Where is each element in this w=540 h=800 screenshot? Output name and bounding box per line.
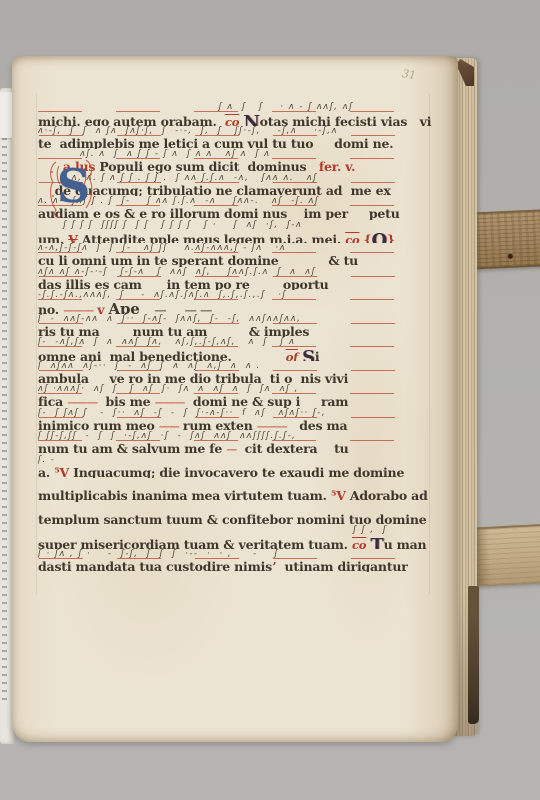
text-segment: i <box>315 349 320 361</box>
text-segment: u man <box>384 537 427 549</box>
text-segment: omne ani mal benedictione. <box>38 349 286 361</box>
text-row: cu li omni um in te sperant domine & tu <box>38 253 436 267</box>
manuscript-photo: { "scene": { "background_color": "#b1b0a… <box>0 0 540 800</box>
neume-row: -ʃ.ʃ.-ʃʌ.,ʌʌʌʃ, ʃ - ʌʃ.ʌʃ.ʃʌʃ.ʌ ʃ,.ʃ,.ʃ.… <box>38 290 436 300</box>
text-row: multiplicabis inanima mea virtutem tuam.… <box>38 488 436 502</box>
text-row: ambula ve ro in me dio tribula ti o nis … <box>38 371 436 385</box>
text-row: inimico rum meo —— rum exten ——— des ma <box>38 418 436 432</box>
text-row: a. ⁵V Inquacumq; die invocavero te exaud… <box>38 465 436 479</box>
text-segment: ris tu ma num tu am & imples <box>38 324 309 338</box>
text-row: num tu am & salvum me fe — cit dextera t… <box>38 441 436 455</box>
text-segment: utinam dirigantur <box>276 559 407 573</box>
ruling-line-left <box>36 94 37 594</box>
text-segment: super misericordiam tuam & veritatem tua… <box>38 537 352 549</box>
text-segment: ⁵V <box>54 465 69 479</box>
chant-line: ʃ ʃʃ-ʃ,ʃʃ - ʃ ʃ ·-ʃ,ʌʃ ·ʃ - ʃʌʃ ʌʌʃ ʌʌʃʃ… <box>38 431 436 455</box>
text-segment: Attendite pple meus legem m.i.a. mei. <box>78 232 345 244</box>
binding-strap-upper <box>469 209 540 269</box>
text-segment: ——— <box>67 396 97 408</box>
text-row: dasti mandata tua custodire nimisʼ utina… <box>38 559 436 573</box>
chant-line: ʃ ʃ , ʃsuper misericordiam tuam & verita… <box>38 525 436 549</box>
text-row: das illis es cam in tem po re oportu <box>38 277 436 291</box>
neume-row: ʃ ʃ , ʃ <box>38 525 436 535</box>
folio-number: 31 <box>401 67 417 82</box>
text-segment: ——— <box>155 396 185 408</box>
chant-line: ʃ ʌ ʃ ʃ · ʌ - ʃ ʌʌʃ, ʌʃmichi. ego autem … <box>38 102 436 126</box>
inline-initial: T <box>370 535 383 549</box>
neume-row: ʃ- ʃ ʃʌʃ ʃ - ʃ·· ʌʃ -ʃ - ʃ ʃ·-ʌ-ʃ·· ſ ʌʃ… <box>38 408 436 418</box>
chant-line: templum sanctum tuum & confitebor nomini… <box>38 502 436 526</box>
neume-row: ʃ ʃ ʃ ʃ ʃʃʃʃ ʃ ʃ ʃ ʃ ʃ ʃ ʃ ʃ · ʃ ʌʃ ·ʃ, … <box>38 220 436 230</box>
text-segment: te adimplebis me letici a cum vul tu tuo… <box>38 136 393 150</box>
chant-line: ʃ · ʃʌ , ʃ · - ʃ-ʃ, ʃ ʃ ʃ ·-- · · , - ʃd… <box>38 549 436 573</box>
chant-line: ʌ·-ʃ, ʃ ʃ ʌ ʃʌ ʃʌʃ·ʃ, ʃ -·-, ʃ, ʃ ʃʃ·-ʃ,… <box>38 126 436 150</box>
chant-line: ʃ - ʌʌʃ-ʌʌ ʌ ʃ·· ʃ-ʌʃ- ʃʌʌʃ, ʃ- -ʃ, ʌʌʃʌ… <box>38 314 436 338</box>
text-segment: rum exten <box>179 418 257 432</box>
rubric-label: co <box>352 538 366 549</box>
neume-row: ʃ - ʌʌʃ-ʌʌ ʌ ʃ·· ʃ-ʌʃ- ʃʌʌʃ, ʃ- -ʃ, ʌʌʃʌ… <box>38 314 436 324</box>
chant-line: ʃ- ʃ ʃʌʃ ʃ - ʃ·· ʌʃ -ʃ - ʃ ʃ·-ʌ-ʃ·· ſ ʌʃ… <box>38 408 436 432</box>
binding-strap-lower <box>467 524 540 587</box>
inline-initial: O <box>371 230 386 244</box>
chant-line: ʌʃ ·ʌʌʌʃ· ʌʃ ʃ ʃ ʌʃ ʃ· ʃʌ ʌ ʌʃ ʌ ʃ ʃʌ ʌʃ… <box>38 384 436 408</box>
neume-row <box>38 502 436 512</box>
text-segment: inimico rum meo <box>38 418 159 432</box>
text-segment: ——— <box>257 420 287 432</box>
text-row: um. V Attendite pple meus legem m.i.a. m… <box>38 230 436 244</box>
chant-line: -ʃ.ʃ.-ʃʌ.,ʌʌʌʃ, ʃ - ʌʃ.ʌʃ.ʃʌʃ.ʌ ʃ,.ʃ,.ʃ.… <box>38 290 436 314</box>
text-segment: a. <box>38 465 54 479</box>
manuscript-page: 31 ʃ ʌ ʃ ʃ · ʌ - ʃ ʌʌʃ, ʌʃmichi. ego aut… <box>12 56 458 742</box>
text-row: ris tu ma num tu am & imples <box>38 324 436 338</box>
text-segment: das illis es cam in tem po re oportu <box>38 277 329 291</box>
rubric-label: of <box>286 350 298 361</box>
text-segment: des ma <box>287 418 348 432</box>
text-segment: ——— <box>63 304 93 314</box>
neume-row: ʃ ʌʃʌʌ ʌʃ-·· ʃ - ʌʃ ʃ ʌ ʌʃ ʌ,ʃ ʌ ʌ . <box>38 361 436 371</box>
neume-row: ʃ ʃʃ-ʃ,ʃʃ - ʃ ʃ ·-ʃ,ʌʃ ·ʃ - ʃʌʃ ʌʌʃ ʌʌʃʃ… <box>38 431 436 441</box>
text-row: templum sanctum tuum & confitebor nomini… <box>38 512 436 526</box>
neume-row: ʌʃ ·ʌʌʌʃ· ʌʃ ʃ ʃ ʌʃ ʃ· ʃʌ ʌ ʌʃ ʌ ʃ ʃʌ ʌʃ… <box>38 384 436 394</box>
neume-row <box>38 478 436 488</box>
text-segment: ⁵V <box>331 488 346 502</box>
text-segment: Ape <box>109 300 140 314</box>
rubric-label: co <box>345 233 359 244</box>
text-segment: V <box>68 232 78 244</box>
drop-cap-s: S <box>46 156 98 220</box>
text-segment: Inquacumq; die invocavero te exaudi me d… <box>69 465 404 479</box>
text-segment: bis me <box>97 394 154 408</box>
text-segment: ambula ve ro in me dio tribula ti o nis … <box>38 371 348 385</box>
chant-line: multiplicabis inanima mea virtutem tuam.… <box>38 478 436 502</box>
neume-row: ʃ. - <box>38 455 436 465</box>
text-segment: multiplicabis inanima mea virtutem tuam. <box>38 488 331 502</box>
chant-line: ʃ ʌʃʌʌ ʌʃ-·· ʃ - ʌʃ ʃ ʌ ʌʃ ʌ,ʃ ʌ ʌ .ambu… <box>38 361 436 385</box>
text-row: super misericordiam tuam & veritatem tua… <box>38 535 436 549</box>
text-segment: fica <box>38 394 67 408</box>
chant-line: ʃ. -a. ⁵V Inquacumq; die invocavero te e… <box>38 455 436 479</box>
text-segment: } <box>387 232 395 244</box>
neume-row: ʃ · ʃʌ , ʃ · - ʃ-ʃ, ʃ ʃ ʃ ·-- · · , - ʃ <box>38 549 436 559</box>
text-segment: — —— <box>140 302 216 314</box>
cover-edge-bottom <box>468 586 479 724</box>
chant-line: ʌ-ʌ,ʃ-ʃ-ʃʌ ʃ ʃ ʃ- ʌʃ ʃʃ ʌ.ʌʃ-ʌʌʌ,ʃ - ʃʌ … <box>38 243 436 267</box>
drop-cap-letter: S <box>57 158 90 214</box>
text-segment: domi ne & sup i ram <box>185 394 349 408</box>
neume-row: ʃ ʌ ʃ ʃ · ʌ - ʃ ʌʌʃ, ʌʃ <box>38 102 436 112</box>
text-segment: templum sanctum tuum & confitebor nomini… <box>38 512 427 526</box>
text-row: fica ——— bis me ——— domi ne & sup i ram <box>38 394 436 408</box>
text-row: te adimplebis me letici a cum vul tu tuo… <box>38 136 436 150</box>
text-segment: Adorabo ad <box>346 488 428 502</box>
inline-initial: N <box>243 112 259 126</box>
chant-line: ʃ- -ʌʃ,ʃʌ ʃ ʌ ʌʌʃ ʃʌ, ʌʃ,ʃ,.ʃ-ʃ,ʌʃ, ʌ ʃ … <box>38 337 436 361</box>
text-segment: num tu am & salvum me fe <box>38 441 226 455</box>
text-segment: cit dextera tu <box>236 441 348 455</box>
text-segment: um. <box>38 232 68 244</box>
text-segment: cu li omni um in te sperant domine & tu <box>38 253 358 267</box>
neume-row: ʃ- -ʌʃ,ʃʌ ʃ ʌ ʌʌʃ ʃʌ, ʌʃ,ʃ,.ʃ-ʃ,ʌʃ, ʌ ʃ … <box>38 337 436 347</box>
chant-line: ʃ ʃ ʃ ʃ ʃʃʃʃ ʃ ʃ ʃ ʃ ʃ ʃ ʃ ʃ · ʃ ʌʃ ·ʃ, … <box>38 220 436 244</box>
text-row: omne ani mal benedictione. of Si <box>38 347 436 361</box>
text-segment: —— <box>159 420 179 432</box>
chant-line: ʌʃʌ ʌʃ ʌ-ʃ-·-ʃ ʃ-ʃ-ʌ ʃ ʌʌʃ ʌʃ, ʃʌʌʃ.ʃ.ʌ … <box>38 267 436 291</box>
text-segment: dasti mandata tua custodire nimis <box>38 559 272 573</box>
neume-row: ʌ-ʌ,ʃ-ʃ-ʃʌ ʃ ʃ ʃ- ʌʃ ʃʃ ʌ.ʌʃ-ʌʌʌ,ʃ - ʃʌ … <box>38 243 436 253</box>
text-row: no. ——— v Ape — —— <box>38 300 436 314</box>
text-segment: michi. ego autem orabam. <box>38 114 225 126</box>
text-segment: otas michi fecisti vias vi <box>260 114 432 126</box>
text-segment: — <box>226 443 236 455</box>
text-segment: no. <box>38 302 63 314</box>
neume-row: ʌ·-ʃ, ʃ ʃ ʌ ʃʌ ʃʌʃ·ʃ, ʃ -·-, ʃ, ʃ ʃʃ·-ʃ,… <box>38 126 436 136</box>
text-segment: fer. v. <box>319 159 355 173</box>
inline-initial: S <box>302 347 315 361</box>
text-segment: Populi ego sum dicit dominus <box>99 159 318 173</box>
neume-row: ʌʃʌ ʌʃ ʌ-ʃ-·-ʃ ʃ-ʃ-ʌ ʃ ʌʌʃ ʌʃ, ʃʌʌʃ.ʃ.ʌ … <box>38 267 436 277</box>
text-row: michi. ego autem orabam. co Notas michi … <box>38 112 436 126</box>
rubric-label: co <box>225 115 239 126</box>
